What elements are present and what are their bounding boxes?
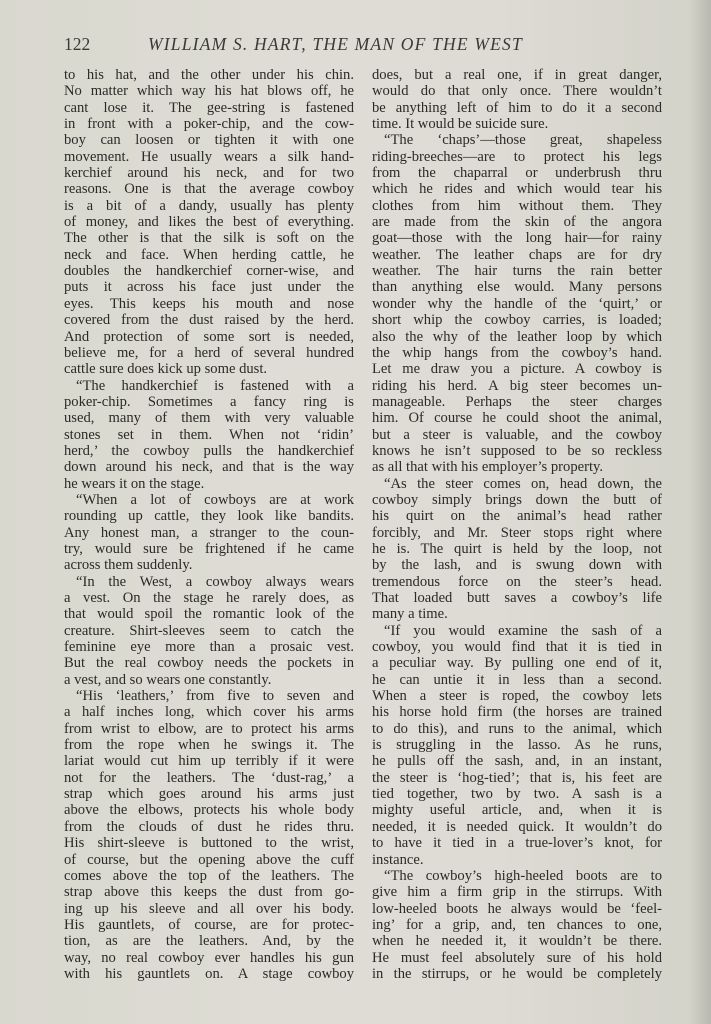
text-line: neck and face. When herding cattle, he — [64, 247, 354, 263]
text-line: clothes from him without them. They — [372, 198, 662, 214]
text-line: “In the West, a cowboy always wears — [64, 574, 354, 590]
text-line: he wears it on the stage. — [64, 476, 354, 492]
text-line: When a steer is roped, the cowboy lets — [372, 688, 662, 704]
left-column: to his hat, and the other under his chin… — [64, 67, 354, 982]
text-line: his horse hold firm (the horses are trai… — [372, 704, 662, 720]
text-line: to do this), and runs to the animal, whi… — [372, 721, 662, 737]
text-line: way, no real cowboy ever handles his gun — [64, 950, 354, 966]
text-line: in front with a poker-chip, and the cow- — [64, 116, 354, 132]
text-line: tremendous force on the steer’s head. — [372, 574, 662, 590]
text-line: to his hat, and the other under his chin… — [64, 67, 354, 83]
text-line: from the clouds of dust he rides thru. — [64, 819, 354, 835]
text-line: “If you would examine the sash of a — [372, 623, 662, 639]
text-line: by the lash, and is swung down with — [372, 557, 662, 573]
text-line: poker-chip. Sometimes a fancy ring is — [64, 394, 354, 410]
text-line: with his gauntlets on. A stage cowboy — [64, 966, 354, 982]
text-line: is a bit of a dandy, usually has plenty — [64, 198, 354, 214]
text-line: ing up his sleeve and all over his body. — [64, 901, 354, 917]
text-line: puts it across his face just under the — [64, 279, 354, 295]
text-line: weather. The leather chaps are for dry — [372, 247, 662, 263]
text-line: herd,’ the cowboy pulls the handkerchief — [64, 443, 354, 459]
page-header: 122 WILLIAM S. HART, THE MAN OF THE WEST — [64, 34, 664, 54]
text-line: he pulls off the sash, and, in an instan… — [372, 753, 662, 769]
text-line: manageable. Perhaps the steer charges — [372, 394, 662, 410]
text-line: tion, as are the leathers. And, by the — [64, 933, 354, 949]
text-line: Let me draw you a picture. A cowboy is — [372, 361, 662, 377]
text-line: down around his neck, and that is the wa… — [64, 459, 354, 475]
text-line: a vest. On the stage he rarely does, as — [64, 590, 354, 606]
text-line: But the real cowboy needs the pockets in — [64, 655, 354, 671]
text-line: Any honest man, a stranger to the coun- — [64, 525, 354, 541]
text-line: to have it tied in a true-lover’s knot, … — [372, 835, 662, 851]
text-line: from wrist to elbow, are to protect his … — [64, 721, 354, 737]
text-line: instance. — [372, 852, 662, 868]
text-line: than anything else would. Many persons — [372, 279, 662, 295]
text-line: give him a firm grip in the stirrups. Wi… — [372, 884, 662, 900]
text-line: That loaded butt saves a cowboy’s life — [372, 590, 662, 606]
text-line: many a time. — [372, 606, 662, 622]
text-line: riding-breeches—are to protect his legs — [372, 149, 662, 165]
text-line: The other is that the silk is soft on th… — [64, 230, 354, 246]
text-line: boy can loosen or tighten it with one — [64, 132, 354, 148]
text-line: try, would sure be frightened if he came — [64, 541, 354, 557]
text-line: riding his herd. A big steer becomes un- — [372, 378, 662, 394]
text-line: weather. The hair turns the rain better — [372, 263, 662, 279]
text-line: time. It would be suicide sure. — [372, 116, 662, 132]
text-line: that would spoil the romantic look of th… — [64, 606, 354, 622]
text-line: He must feel absolutely sure of his hold — [372, 950, 662, 966]
text-line: ing’ for a grip, and, ten chances to one… — [372, 917, 662, 933]
text-line: would do that only once. There wouldn’t — [372, 83, 662, 99]
text-line: the steer is ‘hog-tied’; that is, his fe… — [372, 770, 662, 786]
text-line: movement. He usually wears a silk hand- — [64, 149, 354, 165]
text-line: stones set in them. When not ‘ridin’ — [64, 427, 354, 443]
text-line: above the elbows, protects his whole bod… — [64, 802, 354, 818]
text-line: His gauntlets, of course, are for protec… — [64, 917, 354, 933]
text-line: comes above the top of the leathers. The — [64, 868, 354, 884]
text-line: his quirt on the animal’s head rather — [372, 508, 662, 524]
text-line: mighty useful article, and, when it is — [372, 802, 662, 818]
text-line: be anything left of him to do it a secon… — [372, 100, 662, 116]
text-line: a half inches long, which cover his arms — [64, 704, 354, 720]
right-column: does, but a real one, if in great danger… — [372, 67, 662, 982]
running-title: WILLIAM S. HART, THE MAN OF THE WEST — [148, 34, 523, 55]
text-line: across them suddenly. — [64, 557, 354, 573]
text-line: cattle sure does kick up some dust. — [64, 361, 354, 377]
text-line: doubles the handkerchief corner-wise, an… — [64, 263, 354, 279]
text-line: “When a lot of cowboys are at work — [64, 492, 354, 508]
text-line: from the rope when he swings it. The — [64, 737, 354, 753]
text-line: believe me, for a herd of several hundre… — [64, 345, 354, 361]
text-line: No matter which way his hat blows off, h… — [64, 83, 354, 99]
text-line: also the why of the leather loop by whic… — [372, 329, 662, 345]
text-line: the whip hangs from the cowboy’s hand. — [372, 345, 662, 361]
text-line: “The cowboy’s high-heeled boots are to — [372, 868, 662, 884]
text-line: covered from the dust raised by the herd… — [64, 312, 354, 328]
text-line: cant lose it. The gee-string is fastened — [64, 100, 354, 116]
text-line: creature. Shirt-sleeves seem to catch th… — [64, 623, 354, 639]
text-line: cowboy, you would find that it is tied i… — [372, 639, 662, 655]
text-line: not for the leathers. The ‘dust-rag,’ a — [64, 770, 354, 786]
text-line: he is. The quirt is held by the loop, no… — [372, 541, 662, 557]
text-line: cowboy simply brings down the butt of — [372, 492, 662, 508]
text-line: knows he isn’t supposed to be so reckles… — [372, 443, 662, 459]
page-number: 122 — [64, 34, 90, 55]
text-line: as all that with his employer’s property… — [372, 459, 662, 475]
text-line: needed, it is needed quick. It wouldn’t … — [372, 819, 662, 835]
text-line: lariat would cut him up terribly if it w… — [64, 753, 354, 769]
text-line: a peculiar way. By pulling one end of it… — [372, 655, 662, 671]
text-line: forcibly, and Mr. Steer stops right wher… — [372, 525, 662, 541]
text-line: a vest, and so wears one constantly. — [64, 672, 354, 688]
text-line: he can untie it in less than a second. — [372, 672, 662, 688]
text-line: eyes. This keeps his mouth and nose — [64, 296, 354, 312]
text-line: strap which goes around his arms just — [64, 786, 354, 802]
text-line: are made from the skin of the angora — [372, 214, 662, 230]
text-line: reasons. One is that the average cowboy — [64, 181, 354, 197]
text-line: but a steer is valuable, and the cowboy — [372, 427, 662, 443]
text-line: kerchief around his neck, and for two — [64, 165, 354, 181]
text-line: “As the steer comes on, head down, the — [372, 476, 662, 492]
text-line: goat—those with the long hair—for rainy — [372, 230, 662, 246]
text-line: rounding up cattle, they look like bandi… — [64, 508, 354, 524]
text-line: when he needed it, it wouldn’t be there. — [372, 933, 662, 949]
text-line: wonder why the handle of the ‘quirt,’ or — [372, 296, 662, 312]
text-line: short whip the cowboy carries, is loaded… — [372, 312, 662, 328]
text-line: is struggling in the lasso. As he runs, — [372, 737, 662, 753]
text-line: of course, but the opening above the cuf… — [64, 852, 354, 868]
text-line: from the chaparral or underbrush thru — [372, 165, 662, 181]
text-line: feminine eye more than a prosaic vest. — [64, 639, 354, 655]
text-line: “The ‘chaps’—those great, shapeless — [372, 132, 662, 148]
text-line: His shirt-sleeve is buttoned to the wris… — [64, 835, 354, 851]
text-line: which he rides and which would tear his — [372, 181, 662, 197]
text-line: him. Of course he could shoot the animal… — [372, 410, 662, 426]
text-line: in the stirrups, or he would be complete… — [372, 966, 662, 982]
text-line: And protection of some sort is needed, — [64, 329, 354, 345]
text-line: strap above this keeps the dust from go- — [64, 884, 354, 900]
text-line: low-heeled boots he always would be ‘fee… — [372, 901, 662, 917]
text-line: “His ‘leathers,’ from five to seven and — [64, 688, 354, 704]
text-line: does, but a real one, if in great danger… — [372, 67, 662, 83]
text-line: tied together, two by two. A sash is a — [372, 786, 662, 802]
text-line: used, many of them with very valuable — [64, 410, 354, 426]
text-line: “The handkerchief is fastened with a — [64, 378, 354, 394]
text-line: of money, and likes the best of everythi… — [64, 214, 354, 230]
